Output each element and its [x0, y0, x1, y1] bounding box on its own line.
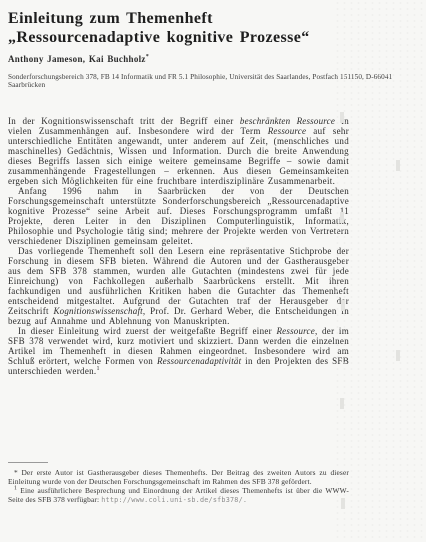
footnote-separator-rule — [8, 462, 48, 463]
author-note-marker: * — [146, 54, 149, 60]
scanned-paper-page: Einleitung zum Themenheft „Ressourcenada… — [0, 0, 426, 542]
footnote-marker: * — [14, 468, 18, 477]
paragraph: In dieser Einleitung wird zuerst der wei… — [8, 326, 349, 376]
url-text: http://www.coli.uni-sb.de/sfb378/. — [101, 496, 247, 504]
title-line-2: „Ressourcenadaptive kognitive Prozesse“ — [8, 29, 310, 46]
footnote-block: * Der erste Autor ist Gastherausgeber di… — [8, 462, 349, 505]
paragraph: In der Kognitionswissenschaft tritt der … — [8, 116, 349, 186]
author-names: Anthony Jameson, Kai Buchholz — [8, 54, 146, 64]
scan-artifact — [396, 350, 400, 361]
article-title: Einleitung zum Themenheft „Ressourcenada… — [8, 9, 418, 47]
scan-artifact — [340, 398, 344, 409]
paragraph: Das vorliegende Themenheft soll den Lese… — [8, 246, 349, 326]
paragraph: Anfang 1996 nahm in Saarbrücken der von … — [8, 186, 349, 246]
scan-artifact — [396, 160, 400, 171]
footnote: * Der erste Autor ist Gastherausgeber di… — [8, 468, 349, 486]
affiliation-line: Sonderforschungsbereich 378, FB 14 Infor… — [8, 73, 420, 89]
authors-line: Anthony Jameson, Kai Buchholz* — [8, 54, 418, 64]
footnote: 1 Eine ausführlichere Besprechung und Ei… — [8, 486, 349, 505]
body-text: In der Kognitionswissenschaft tritt der … — [8, 116, 349, 376]
title-line-1: Einleitung zum Themenheft — [8, 10, 213, 27]
footnotes: * Der erste Autor ist Gastherausgeber di… — [8, 468, 349, 505]
